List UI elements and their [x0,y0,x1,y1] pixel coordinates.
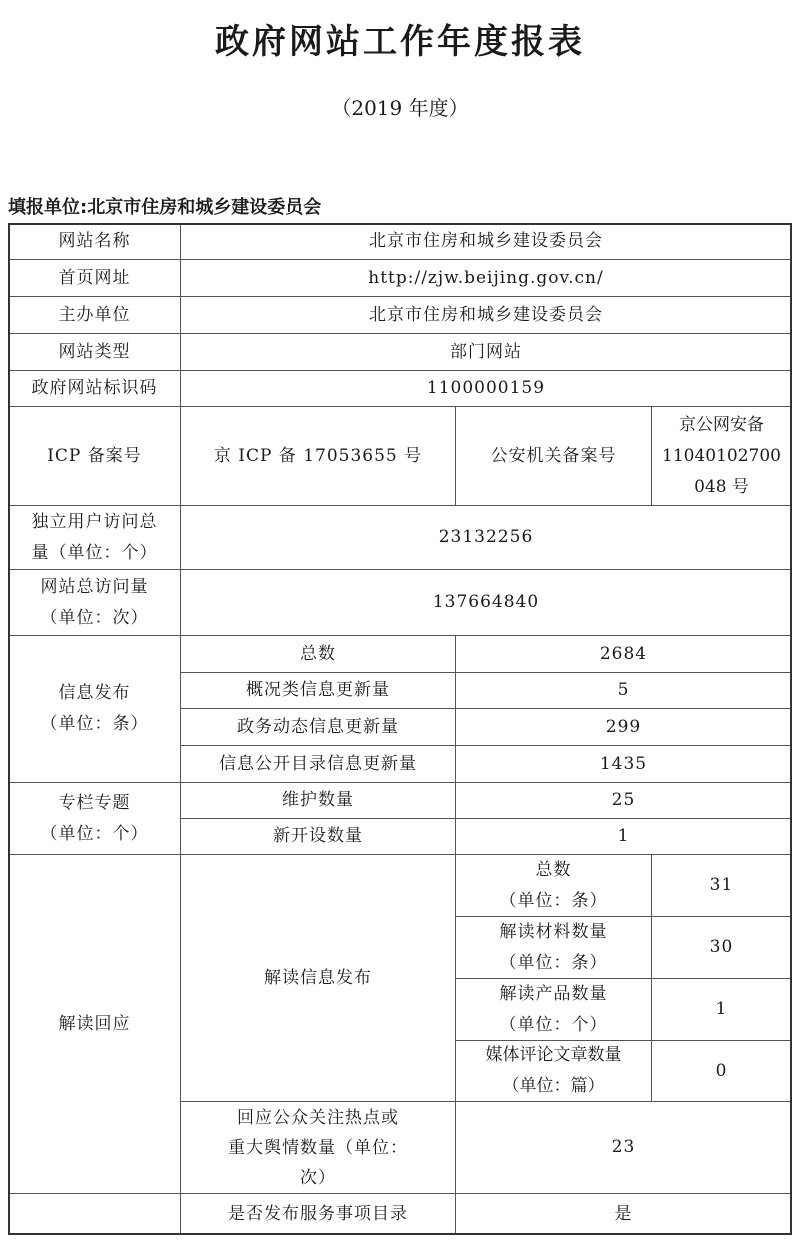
police-record-line: 11040102700 [662,441,781,472]
site-id-label: 政府网站标识码 [8,370,181,407]
total-visits-label: 网站总访问量 （单位：次） [8,569,181,636]
label-line: （单位：条） [500,948,608,979]
label-line: 总数 [536,855,572,886]
label-line: 解读材料数量 [500,917,608,948]
columns-maintained-label: 维护数量 [180,782,456,819]
response-label: 回应公众关注热点或 重大舆情数量（单位： 次） [180,1101,456,1194]
interp-total-value: 31 [651,854,792,917]
site-name-value: 北京市住房和城乡建设委员会 [180,223,792,260]
site-id-value: 1100000159 [180,370,792,407]
label-line: 信息发布 [59,678,131,709]
label-line: 量（单位：个） [32,538,158,569]
label-line: 网站总访问量 [41,572,149,603]
page-title: 政府网站工作年度报表 [0,14,800,63]
police-record-line: 048 号 [694,472,749,503]
interp-materials-value: 30 [651,916,792,979]
homepage-url-value: http://zjw.beijing.gov.cn/ [180,259,792,297]
interpretation-publish-label: 解读信息发布 [180,854,456,1102]
label-line: （单位：条） [41,709,149,740]
columns-maintained-value: 25 [455,782,792,819]
columns-new-label: 新开设数量 [180,818,456,855]
total-visits-value: 137664840 [180,569,792,636]
label-line: 专栏专题 [59,788,131,819]
info-news-label: 政务动态信息更新量 [180,708,456,746]
site-name-label: 网站名称 [8,223,181,260]
label-line: 次） [300,1163,336,1193]
interp-total-label: 总数 （单位：条） [455,854,652,917]
service-catalog-question: 是否发布服务事项目录 [180,1193,456,1235]
info-overview-value: 5 [455,672,792,709]
police-record-value: 京公网安备 11040102700 048 号 [651,406,792,506]
label-line: （单位：个） [500,1010,608,1041]
label-line: 解读产品数量 [500,979,608,1010]
interp-products-label: 解读产品数量 （单位：个） [455,978,652,1041]
host-unit-value: 北京市住房和城乡建设委员会 [180,296,792,334]
label-line: 重大舆情数量（单位： [228,1133,408,1163]
unique-visitors-label: 独立用户访问总 量（单位：个） [8,505,181,570]
interpretation-label: 解读回应 [8,854,181,1194]
host-unit-label: 主办单位 [8,296,181,334]
interp-media-label: 媒体评论文章数量 （单位：篇） [455,1040,652,1102]
site-type-value: 部门网站 [180,333,792,371]
label-line: 回应公众关注热点或 [237,1103,399,1133]
label-line: （单位：条） [500,886,608,917]
site-type-label: 网站类型 [8,333,181,371]
label-line: （单位：次） [41,603,149,634]
info-overview-label: 概况类信息更新量 [180,672,456,709]
homepage-url-label: 首页网址 [8,259,181,297]
icp-label: ICP 备案号 [8,406,181,506]
info-disclosure-value: 1435 [455,745,792,783]
response-value: 23 [455,1101,792,1194]
filing-unit: 填报单位:北京市住房和城乡建设委员会 [8,193,321,219]
unique-visitors-value: 23132256 [180,505,792,570]
interp-products-value: 1 [651,978,792,1041]
interp-media-value: 0 [651,1040,792,1102]
info-publish-label: 信息发布 （单位：条） [8,635,181,783]
columns-label: 专栏专题 （单位：个） [8,782,181,855]
interp-materials-label: 解读材料数量 （单位：条） [455,916,652,979]
label-line: （单位：篇） [503,1071,605,1102]
columns-new-value: 1 [455,818,792,855]
icp-value: 京 ICP 备 17053655 号 [180,406,456,506]
label-line: （单位：个） [41,819,149,850]
service-catalog-value: 是 [455,1193,792,1235]
report-year: （2019 年度） [0,92,800,121]
service-catalog-label [8,1193,181,1235]
police-record-line: 京公网安备 [679,410,764,441]
police-record-label: 公安机关备案号 [455,406,652,506]
info-total-label: 总数 [180,635,456,673]
info-total-value: 2684 [455,635,792,673]
label-line: 独立用户访问总 [32,507,158,538]
info-disclosure-label: 信息公开目录信息更新量 [180,745,456,783]
info-news-value: 299 [455,708,792,746]
label-line: 媒体评论文章数量 [486,1040,622,1071]
